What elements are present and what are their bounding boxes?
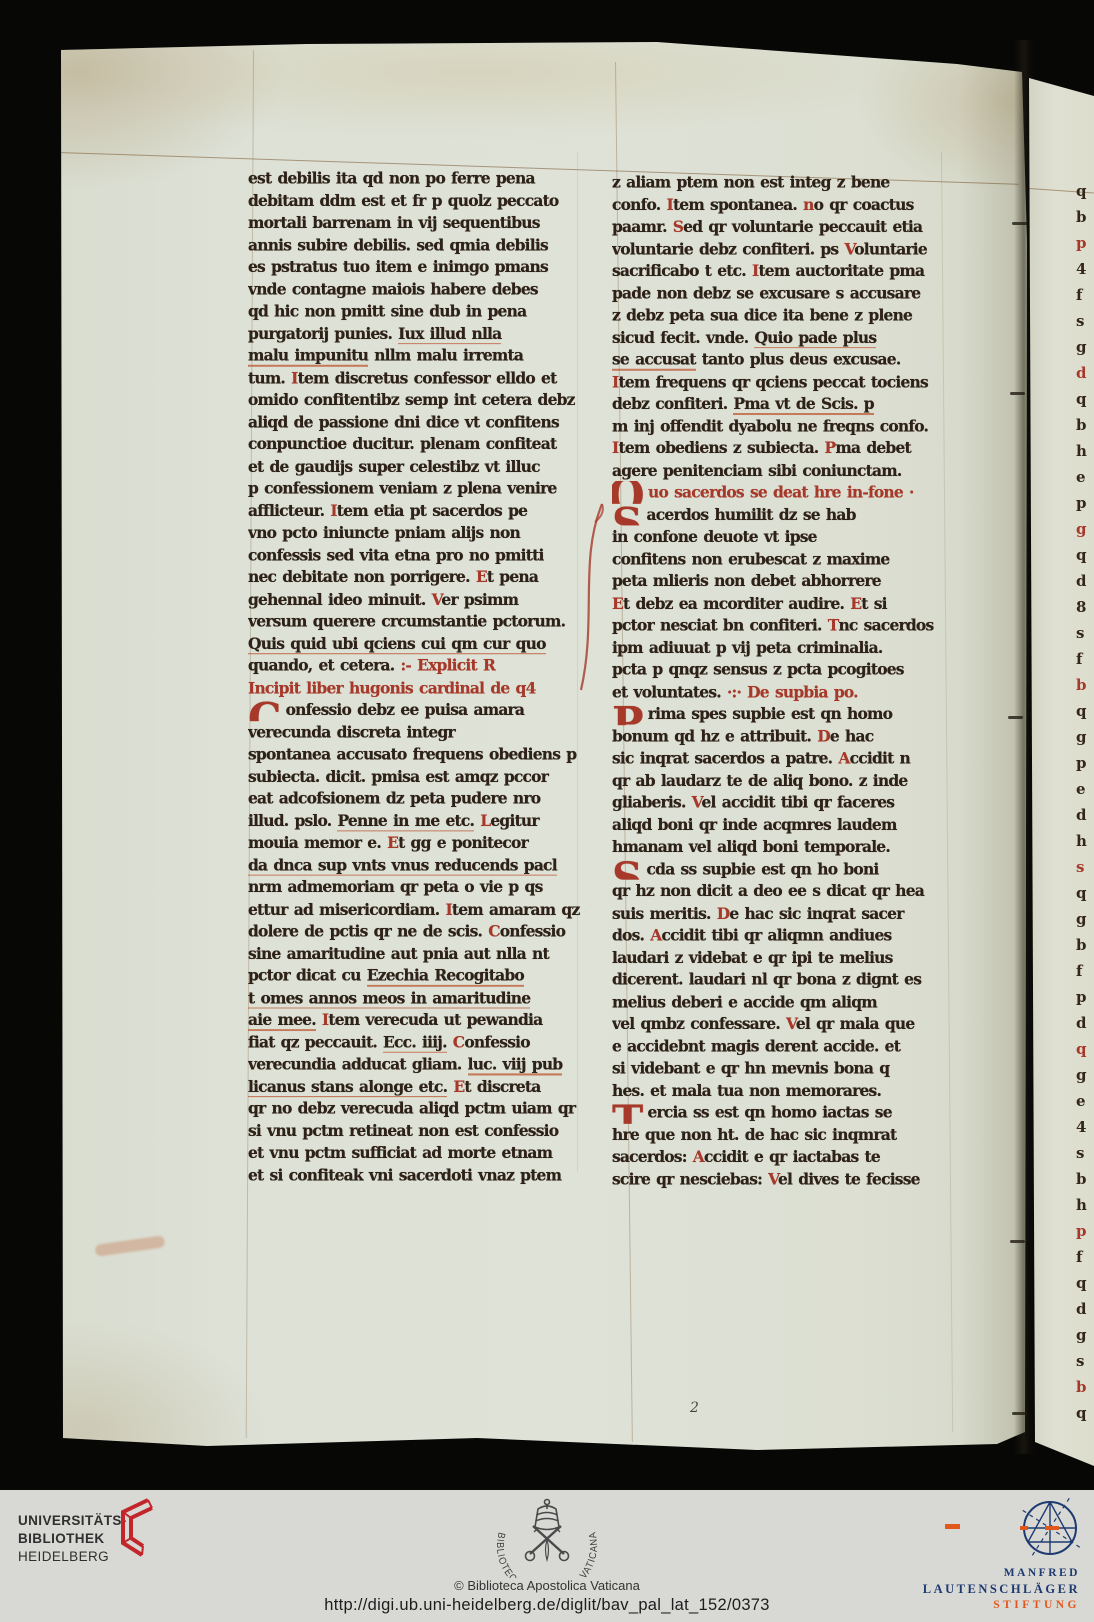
manuscript-text-line: sacrificabo t etc. Item auctoritate pma [612,260,946,282]
manuscript-text-line: hes. et mala tua non memorares. [612,1079,946,1101]
manuscript-text-line: t omes annos meos in amaritudine [248,986,586,1008]
manuscript-text-line: Item obediens z subiecta. Pma debet [612,437,946,459]
manuscript-text-line: illud. pslo. Penne in me etc. Legitur [248,809,586,831]
stiftung-line3: STIFTUNG [923,1597,1080,1613]
manuscript-text-line: dolere de pctis qr ne de scis. Confessio [248,920,586,942]
manuscript-text-line: versum querere crcumstantie pctorum. [248,610,586,632]
rubric-initial: P [612,704,643,725]
manuscript-text-line: licanus stans alonge etc. Et discreta [248,1075,586,1097]
quire-mark: 2 [690,1400,699,1416]
manuscript-text-line: paamr. Sed qr voluntarie peccauit etia [612,215,946,237]
stiftung-line2: LAUTENSCHLÄGER [923,1581,1080,1597]
manuscript-text-line: gliaberis. Vel accidit tibi qr faceres [612,791,946,813]
manuscript-text-line: et de gaudijs super celestibz vt illuc [248,455,586,477]
manuscript-text-line: Sacerdos humilit dz se hab [612,503,946,525]
manuscript-text-line: spontanea accusato frequens obediens p [248,743,586,765]
manuscript-text-line: laudari z videbat e qr ipi te melius [612,946,946,968]
sewing-slit [1010,392,1025,395]
manuscript-text-line: si videbant e qr hn mevnis bona q [612,1057,946,1079]
manuscript-text-line: gehennal ideo minuit. Ver psimm [248,588,586,610]
manuscript-text-line: bonum qd hz e attribuit. De hac [612,725,946,747]
rubric-initial: S [612,504,642,525]
manuscript-text-line: vnde contagne maiois habere debes [248,278,586,300]
manuscript-text-line: voluntarie debz confiteri. ps Voluntarie [612,237,946,259]
manuscript-text-line: scire qr nesciebas: Vel dives te fecisse [612,1168,946,1190]
manuscript-text-line: z debz peta sua dice ita bene z plene [612,304,946,326]
manuscript-text-line: in confone deuote vt ipse [612,525,946,547]
vatican-library-crest: BIBLIOTECA APOSTOLICA VATICANA [477,1494,617,1578]
stiftung-dash-icon [945,1524,960,1529]
manuscript-text-line: hre que non ht. de hac sic inqmrat [612,1123,946,1145]
manuscript-text-line: Tercia ss est qn homo iactas se [612,1101,946,1123]
manuscript-text-line: eat adcofsionem dz peta pudere nro [248,787,586,809]
manuscript-text-line: purgatorij punies. Iux illud nlla [248,322,586,344]
manuscript-text-line: mortali barrenam in vij sequentibus [248,211,586,233]
text-column-right: z aliam ptem non est integ z beneconfo. … [612,171,946,1201]
manuscript-text-line: pctor nesciat bn confiteri. Tnc sacerdos [612,614,946,636]
manuscript-text-line: ettur ad misericordiam. Item amaram qz d… [248,898,586,920]
manuscript-text-line: est debilis ita qd non po ferre pena [248,167,586,189]
manuscript-text-line: Prima spes supbie est qn homo [612,702,946,724]
manuscript-text-line: ipm adiuuat p vij peta criminalia. [612,636,946,658]
manuscript-text-line: et vnu pctm sufficiat ad morte etnam [248,1141,586,1163]
manuscript-text-line: et si confiteak vni sacerdoti vnaz ptem [248,1164,586,1186]
manuscript-text-line: sacerdos: Accidit e qr iactabas te [612,1145,946,1167]
manuscript-text-line: debz confiteri. Pma vt de Scis. p [612,392,946,414]
manuscript-text-line: nrm admemoriam qr peta o vie p qs [248,876,586,898]
stiftung-compass-icon [1020,1498,1080,1558]
manuscript-text-line: z aliam ptem non est integ z bene [612,171,946,193]
manuscript-text-line: Incipit liber hugonis cardinal de q4 [248,676,586,698]
manuscript-text-line: nec debitate non porrigere. Et pena [248,566,586,588]
manuscript-text-line: confitens non erubescat z maxime [612,547,946,569]
manuscript-text-line: et voluntates. ·:· De supbia po. [612,680,946,702]
manuscript-text-line: Item frequens qr qciens peccat tociens [612,370,946,392]
manuscript-text-line: dicerent. laudari nl qr bona z dignt es [612,968,946,990]
manuscript-text-line: subiecta. dicit. pmisa est amqz pccor [248,765,586,787]
manuscript-text-line: aie mee. Item verecuda ut pewandia [248,1009,586,1031]
digitized-manuscript-photo: est debilis ita qd non po ferre penadebi… [0,0,1094,1622]
stiftung-line1: MANFRED [923,1566,1080,1581]
manuscript-text-line: qr hz non dicit a deo ee s dicat qr hea [612,880,946,902]
manuscript-text-line: peta mlieris non debet abhorrere [612,570,946,592]
facing-page-edge: qbp4fsgdqbhepgqd8sfbqgpedhsqgbfpdqge4sbh… [1029,70,1094,1470]
manuscript-text-line: annis subire debilis. sed qmia debilis [248,233,586,255]
manuscript-text-line: qd hic non pmitt sine dub in pena [248,300,586,322]
manuscript-text-line: si vnu pctm retineat non est confessio [248,1119,586,1141]
manuscript-text-line: qr no debz verecuda aliqd pctm uiam qr [248,1097,586,1119]
sewing-slit [1012,1412,1027,1415]
manuscript-text-line: aliqd de passione dni dice vt confitens [248,411,586,433]
manuscript-text-line: Scda ss supbie est qn ho boni [612,857,946,879]
manuscript-text-line: dos. Accidit tibi qr aliqmn andiues [612,924,946,946]
manuscript-text-line: confessis sed vita etna pro no pmitti [248,543,586,565]
manuscript-text-line: melius deberi e accide qm aliqm [612,990,946,1012]
manuscript-text-line: confo. Item spontanea. no qr coactus [612,193,946,215]
manuscript-text-line: Et debz ea mcorditer audire. Et si [612,592,946,614]
manuscript-text-line: da dnca sup vnts vnus reducends pacl [248,853,586,875]
facing-page-text-sliver: qbp4fsgdqbhepgqd8sfbqgpedhsqgbfpdqge4sbh… [1076,178,1093,1430]
manuscript-text-line: quando, et cetera. :- Explicit R [248,654,586,676]
manuscript-text-line: hmanam vel aliqd boni temporale. [612,835,946,857]
manuscript-text-line: sic inqrat sacerdos a patre. Accidit n [612,747,946,769]
manuscript-text-line: sicud fecit. vnde. Quio pade plus [612,326,946,348]
text-column-left: est debilis ita qd non po ferre penadebi… [248,167,586,1197]
manuscript-text-line: mouia memor e. Et gg e ponitecor [248,831,586,853]
manuscript-text-line: es pstratus tuo item e inimgo pmans [248,256,586,278]
manuscript-text-line: fiat qz peccauit. Ecc. iiij. Confessio [248,1031,586,1053]
manuscript-text-line: aliqd boni qr inde acqmres laudem [612,813,946,835]
manuscript-text-line: conpunctioe ducitur. plenam confiteat [248,433,586,455]
manuscript-page: est debilis ita qd non po ferre penadebi… [57,42,1029,1450]
manuscript-text-line: verecunda discreta integr [248,721,586,743]
manuscript-text-line: verecundia adducat gliam. luc. viij pub [248,1053,586,1075]
manuscript-text-line: suis meritis. De hac sic inqrat sacer [612,902,946,924]
manuscript-text-line: vno pcto iniuncte pniam alijs non [248,521,586,543]
manuscript-text-line: tum. Item discretus confessor elldo et [248,366,586,388]
stiftung-logo-text: MANFRED LAUTENSCHLÄGER STIFTUNG [923,1566,1080,1613]
manuscript-text-line: malu impunitu nllm malu irremta [248,344,586,366]
manuscript-text-line: Quis quid ubi qciens cui qm cur quo [248,632,586,654]
rubric-initial: T [612,1102,642,1123]
sewing-slit [1008,716,1023,719]
manuscript-text-line: e accidebnt magis derent accide. et [612,1035,946,1057]
manuscript-text-line: Confessio debz ee puisa amara [248,698,586,720]
manuscript-text-line: agere penitenciam sibi coniunctam. [612,459,946,481]
manuscript-text-line: se accusat tanto plus deus excusae. [612,348,946,370]
red-stain [95,1235,166,1257]
manuscript-text-line: p confessionem veniam z plena venire [248,477,586,499]
manuscript-text-line: debitam ddm est et fr p quolz peccato [248,189,586,211]
manuscript-text-line: pade non debz se excusare s accusare [612,282,946,304]
manuscript-text-line: omido confitentibz semp int cetera debz [248,388,586,410]
manuscript-text-line: pcta p qnqz sensus z pcta pcogitoes [612,658,946,680]
sewing-slit [1012,222,1027,225]
manuscript-text-line: pctor dicat cu Ezechia Recogitabo [248,964,586,986]
manuscript-text-line: m inj offendit dyabolu ne freqns confo. [612,415,946,437]
sewing-slit [1010,1240,1025,1243]
manuscript-text-line: qr ab laudarz te de aliq bono. z inde [612,769,946,791]
rubric-initial: Q [612,481,644,503]
manuscript-text-line: afflicteur. Item etia pt sacerdos pe [248,499,586,521]
ub-heidelberg-book-icon [110,1496,160,1560]
rubric-initial: S [612,859,642,880]
manuscript-text-line: sine amaritudine aut pnia aut nlla nt [248,942,586,964]
manuscript-text-line: Quo sacerdos se deat hre in-fone · [612,481,946,503]
manuscript-text-line: vel qmbz confessare. Vel qr mala que [612,1013,946,1035]
rubric-initial: C [248,700,281,721]
